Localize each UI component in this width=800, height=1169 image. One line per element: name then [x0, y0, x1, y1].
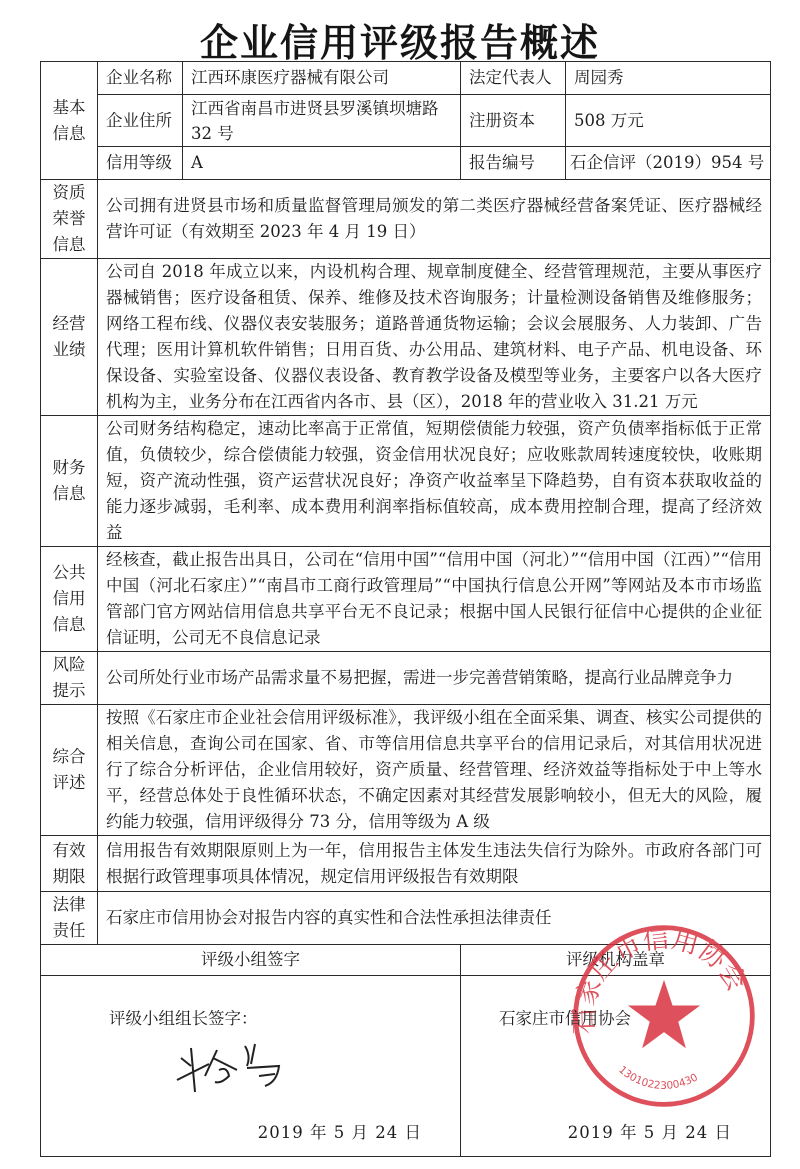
section-label-validity: 有效期限: [41, 836, 98, 892]
qualification-text: 公司拥有进贤县市场和质量监督管理局颁发的第二类医疗器械经营备案凭证、医疗器械经营…: [98, 180, 771, 259]
public-credit-text: 经核查，截止报告出具日，公司在“信用中国”“信用中国（河北）”“信用中国（江西）…: [98, 547, 771, 652]
row-public-credit: 公共信用信息 经核查，截止报告出具日，公司在“信用中国”“信用中国（河北）”“信…: [41, 547, 771, 652]
right-date: 2019 年 5 月 24 日: [568, 1120, 732, 1146]
section-label-legal: 法律责任: [41, 892, 98, 945]
legal-rep-label: 法定代表人: [461, 62, 566, 95]
row-address: 企业住所 江西省南昌市进贤县罗溪镇坝塘路 32 号 注册资本 508 万元: [41, 95, 771, 147]
leader-signature-label: 评级小组组长签字：: [109, 1006, 258, 1032]
signature-right-cell: 石家庄市信用协会 1301022300430 石家庄市信用协会 2019 年 5…: [461, 976, 771, 1157]
company-name-label: 企业名称: [98, 62, 183, 95]
rating-org-name: 石家庄市信用协会: [499, 1006, 631, 1032]
company-name-value: 江西环康医疗器械有限公司: [183, 62, 461, 95]
legal-rep-value: 周园秀: [566, 62, 771, 95]
report-no-label: 报告编号: [461, 147, 566, 180]
row-credit-level: 信用等级 A 报告编号 石企信评（2019）954 号: [41, 147, 771, 180]
financial-text: 公司财务结构稳定，速动比率高于正常值，短期偿债能力较强，资产负债率指标低于正常值…: [98, 416, 771, 547]
section-label-financial: 财务信息: [41, 416, 98, 547]
row-business-performance: 经营业绩 公司自 2018 年成立以来，内设机构合理、规章制度健全、经营管理规范…: [41, 259, 771, 416]
signature-left-cell: 评级小组组长签字： 2019 年 5 月 24 日: [41, 976, 461, 1157]
section-label-qualification: 资质荣誉信息: [41, 180, 98, 259]
credit-level-label: 信用等级: [98, 147, 183, 180]
section-label-risk: 风险提示: [41, 652, 98, 705]
row-financial: 财务信息 公司财务结构稳定，速动比率高于正常值，短期偿债能力较强，资产负债率指标…: [41, 416, 771, 547]
summary-text: 按照《石家庄市企业社会信用评级标准》，我评级小组在全面采集、调查、核实公司提供的…: [98, 705, 771, 836]
handwritten-signature-icon: [169, 1036, 309, 1096]
capital-value: 508 万元: [566, 95, 771, 147]
signature-left-header: 评级小组签字: [41, 945, 461, 976]
row-risk: 风险提示 公司所处行业市场产品需求量不易把握，需进一步完善营销策略，提高行业品牌…: [41, 652, 771, 705]
svg-text:1301022300430: 1301022300430: [616, 1064, 700, 1092]
risk-text: 公司所处行业市场产品需求量不易把握，需进一步完善营销策略，提高行业品牌竞争力: [98, 652, 771, 705]
row-summary: 综合评述 按照《石家庄市企业社会信用评级标准》，我评级小组在全面采集、调查、核实…: [41, 705, 771, 836]
page-title: 企业信用评级报告概述: [0, 12, 800, 67]
address-value: 江西省南昌市进贤县罗溪镇坝塘路 32 号: [183, 95, 461, 147]
credit-level-value: A: [183, 147, 461, 180]
row-signature-body: 评级小组组长签字： 2019 年 5 月 24 日 石家庄市信用协会 13010…: [41, 976, 771, 1157]
capital-label: 注册资本: [461, 95, 566, 147]
row-validity: 有效期限 信用报告有效期限原则上为一年，信用报告主体发生违法失信行为除外。市政府…: [41, 836, 771, 892]
business-performance-text: 公司自 2018 年成立以来，内设机构合理、规章制度健全、经营管理规范，主要从事…: [98, 259, 771, 416]
section-label-public-credit: 公共信用信息: [41, 547, 98, 652]
section-label-summary: 综合评述: [41, 705, 98, 836]
address-label: 企业住所: [98, 95, 183, 147]
validity-text: 信用报告有效期限原则上为一年，信用报告主体发生违法失信行为除外。市政府各部门可根…: [98, 836, 771, 892]
report-no-value: 石企信评（2019）954 号: [566, 147, 771, 180]
row-company-name: 基本信息 企业名称 江西环康医疗器械有限公司 法定代表人 周园秀: [41, 62, 771, 95]
section-label-basic-info: 基本信息: [41, 62, 98, 180]
left-date: 2019 年 5 月 24 日: [258, 1120, 422, 1146]
credit-report-table: 基本信息 企业名称 江西环康医疗器械有限公司 法定代表人 周园秀 企业住所 江西…: [40, 61, 771, 1157]
section-label-business: 经营业绩: [41, 259, 98, 416]
row-qualification: 资质荣誉信息 公司拥有进贤县市场和质量监督管理局颁发的第二类医疗器械经营备案凭证…: [41, 180, 771, 259]
